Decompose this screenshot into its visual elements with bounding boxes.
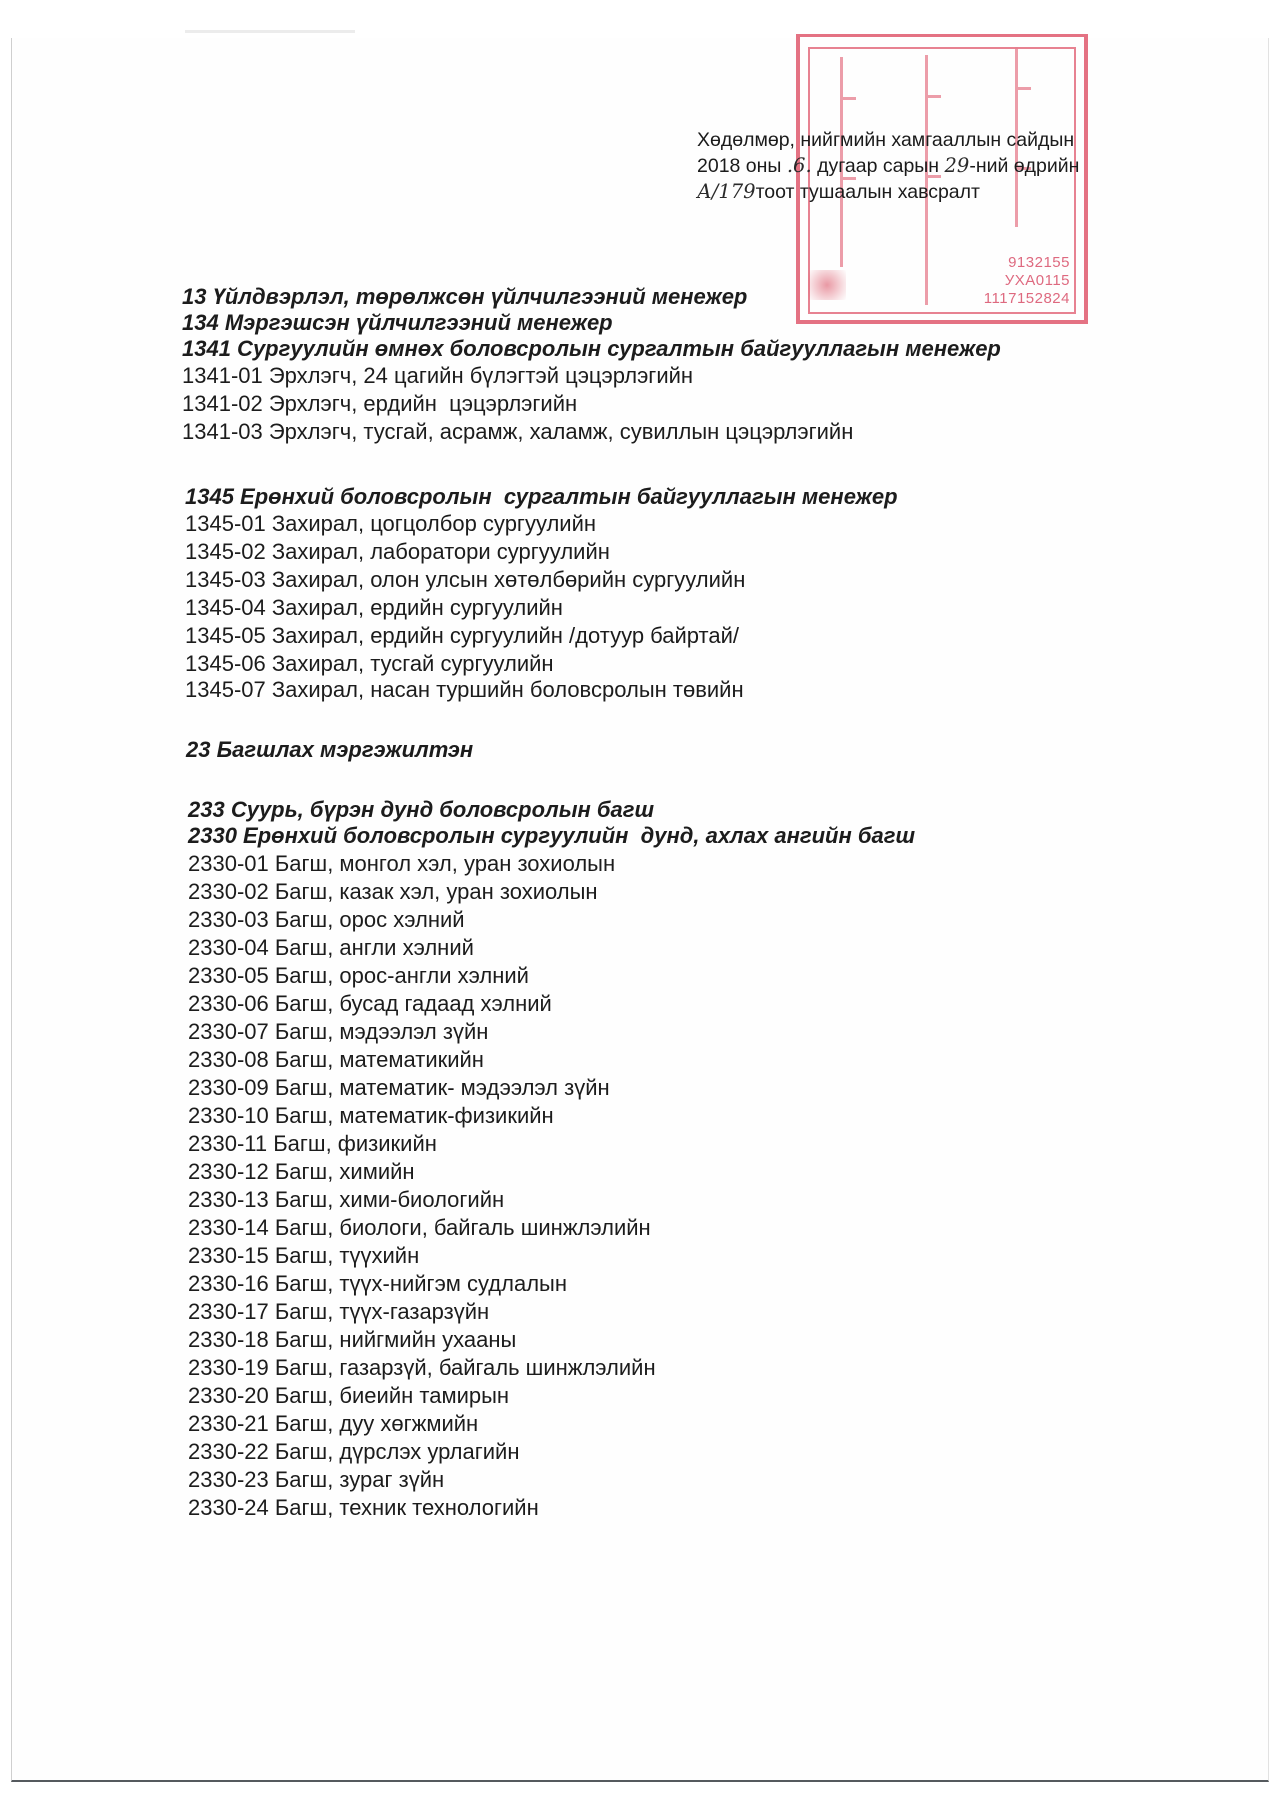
list-item: 2330-20 Багш, биеийн тамирын	[188, 1383, 509, 1409]
section-heading: 134 Мэргэшсэн үйлчилгээний менежер	[182, 310, 613, 336]
header-line-order: А/179тоот тушаалын хавсралт	[697, 179, 1079, 205]
header-line-ministry: Хөдөлмөр, нийгмийн хамгааллын сайдын	[697, 128, 1079, 153]
list-item: 1345-07 Захирал, насан туршийн боловсрол…	[185, 677, 744, 703]
list-item: 1341-03 Эрхлэгч, тусгай, асрамж, халамж,…	[182, 419, 853, 445]
section-heading: 1341 Сургуулийн өмнөх боловсролын сургал…	[182, 336, 1001, 362]
list-item: 1345-02 Захирал, лаборатори сургуулийн	[185, 539, 610, 565]
list-item: 2330-05 Багш, орос-англи хэлний	[188, 963, 529, 989]
stamp-code: 1117152824	[984, 290, 1070, 308]
list-item: 1345-06 Захирал, тусгай сургуулийн	[185, 651, 554, 677]
handwritten-month: .6.	[787, 154, 812, 177]
list-item: 2330-14 Багш, биологи, байгаль шинжлэлий…	[188, 1215, 651, 1241]
list-item: 2330-06 Багш, бусад гадаад хэлний	[188, 991, 552, 1017]
stamp-codes: 9132155 УХА0115 1117152824	[984, 254, 1070, 308]
section-heading: 1345 Ерөнхий боловсролын сургалтын байгу…	[185, 484, 898, 510]
list-item: 1345-03 Захирал, олон улсын хөтөлбөрийн …	[185, 567, 745, 593]
handwritten-order-number: А/179	[697, 180, 756, 203]
list-item: 2330-16 Багш, түүх-нийгэм судлалын	[188, 1271, 567, 1297]
list-item: 2330-22 Багш, дүрслэх урлагийн	[188, 1439, 519, 1465]
stamp-code: 9132155	[984, 254, 1070, 272]
list-item: 2330-02 Багш, казак хэл, уран зохиолын	[188, 879, 598, 905]
section-heading: 233 Суурь, бүрэн дунд боловсролын багш	[188, 797, 654, 823]
list-item: 2330-11 Багш, физикийн	[188, 1131, 437, 1157]
list-item: 2330-21 Багш, дуу хөгжмийн	[188, 1411, 478, 1437]
stamp-code: УХА0115	[984, 272, 1070, 290]
list-item: 2330-15 Багш, түүхийн	[188, 1243, 419, 1269]
handwritten-day: 29	[945, 154, 970, 177]
list-item: 2330-19 Багш, газарзүй, байгаль шинжлэли…	[188, 1355, 656, 1381]
section-heading: 2330 Ерөнхий боловсролын сургуулийн дунд…	[188, 823, 915, 849]
order-attachment-header: Хөдөлмөр, нийгмийн хамгааллын сайдын 201…	[697, 128, 1079, 205]
list-item: 2330-18 Багш, нийгмийн ухааны	[188, 1327, 516, 1353]
stamp-ink-smudge	[808, 270, 846, 300]
list-item: 1345-05 Захирал, ердийн сургуулийн /доту…	[185, 623, 739, 649]
list-item: 2330-01 Багш, монгол хэл, уран зохиолын	[188, 851, 615, 877]
list-item: 2330-09 Багш, математик- мэдээлэл зүйн	[188, 1075, 610, 1101]
list-item: 2330-13 Багш, хими-биологийн	[188, 1187, 504, 1213]
list-item: 2330-08 Багш, математикийн	[188, 1047, 484, 1073]
header-line-date: 2018 оны .6. дугаар сарын 29-ний өдрийн	[697, 153, 1079, 179]
list-item: 2330-04 Багш, англи хэлний	[188, 935, 474, 961]
list-item: 2330-12 Багш, химийн	[188, 1159, 415, 1185]
list-item: 1345-04 Захирал, ердийн сургуулийн	[185, 595, 563, 621]
list-item: 1345-01 Захирал, цогцолбор сургуулийн	[185, 511, 596, 537]
list-item: 2330-07 Багш, мэдээлэл зүйн	[188, 1019, 488, 1045]
list-item: 1341-02 Эрхлэгч, ердийн цэцэрлэгийн	[182, 391, 577, 417]
list-item: 2330-24 Багш, техник технологийн	[188, 1495, 539, 1521]
section-heading: 13 Үйлдвэрлэл, төрөлжсөн үйлчилгээний ме…	[182, 284, 747, 310]
scan-artifact	[185, 30, 355, 33]
list-item: 2330-17 Багш, түүх-газарзүйн	[188, 1299, 489, 1325]
list-item: 2330-23 Багш, зураг зүйн	[188, 1467, 444, 1493]
section-heading: 23 Багшлах мэргэжилтэн	[186, 737, 473, 763]
list-item: 2330-10 Багш, математик-физикийн	[188, 1103, 554, 1129]
list-item: 2330-03 Багш, орос хэлний	[188, 907, 465, 933]
list-item: 1341-01 Эрхлэгч, 24 цагийн бүлэгтэй цэцэ…	[182, 363, 693, 389]
